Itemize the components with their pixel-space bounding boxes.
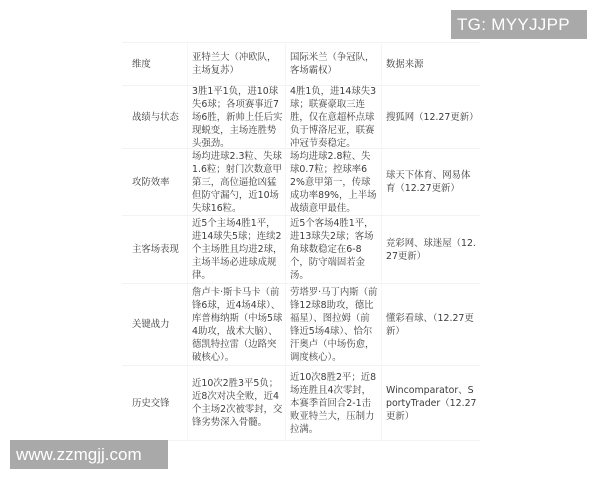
row-dimension: 主客场表现 xyxy=(122,216,188,284)
row-dimension: 历史交锋 xyxy=(122,366,188,441)
row-source: Wincomparator、SportyTrader（12.27更新） xyxy=(382,366,480,441)
header-inter: 国际米兰（争冠队，客场霸权） xyxy=(286,43,382,86)
row-atalanta: 3胜1平1负，进10球失6球；各项赛事近7场6胜，新帅上任后实现蜕变，主场连胜势… xyxy=(188,86,286,149)
row-atalanta: 近5个主场4胜1平，进14球失5球；连续2个主场胜且均进2球，主场半场必进球成规… xyxy=(188,216,286,284)
watermark-bottom: www.zzmgjj.com xyxy=(10,440,168,469)
row-inter: 4胜1负，进14球失3球；联赛豪取三连胜，仅在意超杯点球负于博洛尼亚，联赛冲冠节… xyxy=(286,86,382,149)
row-inter: 场均进球2.8粒、失球0.7粒；控球率62%意甲第一，传球成功率89%，上半场战… xyxy=(286,149,382,216)
watermark-top-text: TG: MYYJJPP xyxy=(457,15,570,35)
row-atalanta: 近10次2胜3平5负；近8次对决全败，近4个主场2次被零封，交锋劣势深入骨髓。 xyxy=(188,366,286,441)
header-source: 数据来源 xyxy=(382,43,480,86)
page: TG: MYYJJPP 维度 亚特兰大（冲欧队，主场复苏） 国际米兰（争冠队，客… xyxy=(0,0,600,480)
row-dimension: 战绩与状态 xyxy=(122,86,188,149)
row-inter: 近5个客场4胜1平，进13球失2球；客场角球数稳定在6-8个，防守端固若金汤。 xyxy=(286,216,382,284)
row-source: 懂彩看球、（12.27更新） xyxy=(382,284,480,366)
comparison-table: 维度 亚特兰大（冲欧队，主场复苏） 国际米兰（争冠队，客场霸权） 数据来源 战绩… xyxy=(122,42,480,441)
watermark-bottom-text: www.zzmgjj.com xyxy=(16,445,142,465)
header-atalanta: 亚特兰大（冲欧队，主场复苏） xyxy=(188,43,286,86)
row-dimension: 攻防效率 xyxy=(122,149,188,216)
header-dimension: 维度 xyxy=(122,43,188,86)
row-source: 球天下体育、网易体育（12.27更新） xyxy=(382,149,480,216)
row-atalanta: 场均进球2.3粒、失球1.6粒；射门次数意甲第三，高位逼抢凶猛但防守漏勺，近10… xyxy=(188,149,286,216)
row-source: 竞彩网、球迷屋（12.27更新） xyxy=(382,216,480,284)
row-atalanta: 詹卢卡·斯卡马卡（前锋6球，近4场4球）、库普梅纳斯（中场5球4助攻，战术大脑）… xyxy=(188,284,286,366)
row-inter: 近10次8胜2平；近8场连胜且4次零封，本赛季首回合2-1击败亚特兰大，压制力拉… xyxy=(286,366,382,441)
row-source: 搜狐网（12.27更新） xyxy=(382,86,480,149)
row-dimension: 关键战力 xyxy=(122,284,188,366)
row-inter: 劳塔罗·马丁内斯（前锋12球8助攻，德比福星）、图拉姆（前锋近5场4球）、恰尔汗… xyxy=(286,284,382,366)
watermark-top: TG: MYYJJPP xyxy=(451,10,587,39)
